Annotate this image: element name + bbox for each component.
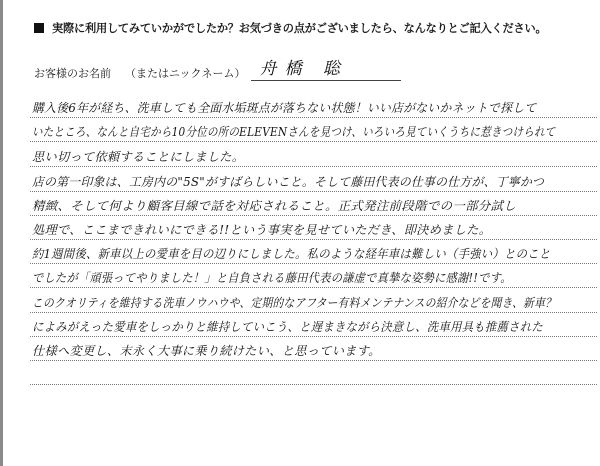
comment-text: 思い切って依頼することにしました。 [32, 148, 244, 165]
customer-name-row: お客様のお名前 （またはニックネーム） 舟橋 聡 [34, 62, 401, 81]
square-bullet-icon [34, 23, 44, 33]
comment-line: 店の第一印象は、工房内の"5S"がすばらしいこと。そして藤田代表の仕事の仕方が、… [30, 168, 597, 192]
comment-line: 処理で、ここまできれいにできる!!という事実を見せていただき、即決めました。 [30, 216, 597, 240]
customer-name-field: 舟橋 聡 [251, 62, 401, 81]
comment-text: 購入後6年が経ち、洗車しても全面水垢斑点が落ちない状態！いい店がないかネットで探… [32, 99, 536, 116]
survey-question: 実際に利用してみていかがでしたか？お気づきの点がございましたら、なんなりとご記入… [34, 20, 546, 36]
comment-line: によみがえった愛車をしっかりと維持していこう、と遅まきながら決意し、洗車用具も推… [30, 313, 597, 337]
comment-text: このクオリティを維持する洗車ノウハウや、定期的なアフター有料メンテナンスの紹介な… [32, 294, 556, 311]
comment-text: でしたが「頑張ってやりました！」と自負される藤田代表の謙虚で真摯な姿勢に感謝!!… [32, 269, 512, 286]
comment-line: 購入後6年が経ち、洗車しても全面水垢斑点が落ちない状態！いい店がないかネットで探… [30, 94, 597, 118]
comment-line: このクオリティを維持する洗車ノウハウや、定期的なアフター有料メンテナンスの紹介な… [30, 289, 597, 313]
comment-line: いたところ、なんと自宅から10分位の所のELEVENさんを見つけ、いろいろ見てい… [30, 118, 597, 142]
comment-text: 処理で、ここまできれいにできる!!という事実を見せていただき、即決めました。 [32, 221, 491, 238]
comment-text: 店の第一印象は、工房内の"5S"がすばらしいこと。そして藤田代表の仕事の仕方が、… [32, 173, 544, 190]
comment-line: 精緻、そして何より顧客目線で話を対応されること。正式発注前段階での一部分試し [30, 192, 597, 216]
comment-text: 精緻、そして何より顧客目線で話を対応されること。正式発注前段階での一部分試し [32, 197, 516, 214]
customer-name-handwritten: 舟橋 聡 [259, 54, 347, 79]
question-text: 実際に利用してみていかがでしたか？お気づきの点がございましたら、なんなりとご記入… [52, 20, 546, 36]
comment-line: でしたが「頑張ってやりました！」と自負される藤田代表の謙虚で真摯な姿勢に感謝!!… [30, 264, 597, 288]
nickname-label: （またはニックネーム） [125, 65, 245, 81]
comment-text: 仕様へ変更し、末永く大事に乗り続けたい、と思っています。 [32, 342, 381, 359]
comment-line: 仕様へ変更し、末永く大事に乗り続けたい、と思っています。 [30, 337, 597, 361]
comment-text: いたところ、なんと自宅から10分位の所のELEVENさんを見つけ、いろいろ見てい… [32, 123, 555, 140]
comment-line [30, 361, 597, 385]
comment-text: によみがえった愛車をしっかりと維持していこう、と遅まきながら決意し、洗車用具も推… [32, 318, 543, 335]
comment-line: 思い切って依頼することにしました。 [30, 143, 597, 167]
name-label: お客様のお名前 [34, 65, 111, 81]
comment-text: 約1週間後、新車以上の愛車を目の辺りにしました。私のような経年車は難しい（手強い… [32, 245, 550, 262]
page-left-edge [0, 0, 3, 466]
comment-line: 約1週間後、新車以上の愛車を目の辺りにしました。私のような経年車は難しい（手強い… [30, 240, 597, 264]
